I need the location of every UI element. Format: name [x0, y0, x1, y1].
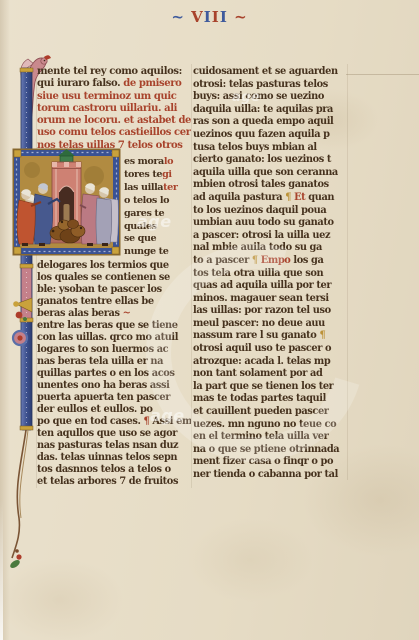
text-line: das. telas uinnas telos sepn [37, 452, 191, 464]
text-line: uezinos quu fazen aquila p [193, 129, 346, 142]
text-line: ment fizer casa o finqr o po [193, 456, 346, 469]
text-line: to a pascer ¶ Empo los ga [193, 255, 346, 268]
text-line: quales [124, 221, 190, 234]
text-line: en el termino tela uilla ver [193, 431, 346, 444]
text-line: qui iuraro falso. de pmisero [37, 78, 191, 90]
text-line: nal mbie auila todo su ga [193, 242, 346, 255]
text-column-left-beside-miniature: es moralotores tegilas uillatero telos l… [124, 156, 190, 259]
text-line: la part que se tienen los ter [193, 381, 346, 394]
text-line: ten aqullos que uso se agor [37, 428, 191, 440]
text-line: delogares los termios que [37, 260, 191, 272]
spiral-ornament [13, 331, 27, 345]
text-line: umbian auu todo su ganato [193, 217, 346, 230]
text-line: tusa telos buys mbian al [193, 142, 346, 155]
text-line: tores tegi [124, 169, 190, 182]
text-line: na o que se ptiene otrinnada [193, 444, 346, 457]
text-line: los quales se contienen se [37, 272, 191, 284]
ruling-line-horizontal [346, 74, 419, 75]
text-column-left-top: mente tel rey como aquilos:qui iuraro fa… [37, 66, 191, 152]
text-line: cuidosament et se aguarden [193, 66, 346, 79]
text-line: aquila uilla que son ceranna [193, 167, 346, 180]
text-line: ad aquila pastura ¶ Et quan [193, 192, 346, 205]
text-line: siue usu terminoz um quic [37, 91, 191, 103]
text-line: et cauillent pueden pascer [193, 406, 346, 419]
text-line: uezes. mn nguno no teue co [193, 419, 346, 432]
text-line: uso comu telos castieillos cer [37, 127, 191, 139]
text-line: orum ne locoru. et astabet de [37, 115, 191, 127]
text-line: ganatos tentre ellas be [37, 296, 191, 308]
text-line: atrozque: acada l. telas mp [193, 356, 346, 369]
manuscript-page-photo: ~ VIII ~ [0, 0, 419, 640]
text-line: non tant solament por ad [193, 368, 346, 381]
text-line: las uillater [124, 182, 190, 195]
text-line: gares te [124, 208, 190, 221]
text-line: nos telas uillas 7 telos otros [37, 140, 191, 152]
text-line: mente tel rey como aquilos: [37, 66, 191, 78]
text-line: ner tienda o cabanna por tal [193, 469, 346, 482]
photo-edge-highlight [0, 500, 3, 640]
text-line: es moralo [124, 156, 190, 169]
ruling-line-gutter [191, 64, 192, 488]
text-line: quas ad aquila uilla por ter [193, 280, 346, 293]
text-column-right: cuidosament et se aguardenotrosi: telas … [193, 66, 346, 482]
text-column-left-bottom: delogares los termios quelos quales se c… [37, 260, 191, 488]
text-line: con las uillas. qrco mo atuil [37, 332, 191, 344]
text-line: nassum rare l su ganato ¶ [193, 330, 346, 343]
text-line: quillas partes o en los acos [37, 368, 191, 380]
text-line: entre las beras que se tiene [37, 320, 191, 332]
text-line: otrosi: telas pasturas telos [193, 79, 346, 92]
text-line: ras son a queda empo aquil [193, 116, 346, 129]
text-line: et telas arbores 7 de fruitos [37, 476, 191, 488]
text-line: beras alas beras ~ [37, 308, 191, 320]
text-line: ~ VIII ~ [171, 8, 247, 26]
text-line: meul pascer: no deue auu [193, 318, 346, 331]
text-line: nas beras tela uilla er na [37, 356, 191, 368]
text-line: tos tela otra uilla que son [193, 268, 346, 281]
chapter-numeral: ~ VIII ~ [0, 8, 419, 26]
text-line: buys: assi como se uezino [193, 91, 346, 104]
text-line: to los uezinos daquil poua [193, 205, 346, 218]
text-line: o telos lo [124, 195, 190, 208]
text-line: nas pasturas telas nsan duz [37, 440, 191, 452]
text-line: daquila uilla: te aquilas pra [193, 104, 346, 117]
text-line: torum castroru uillariu. ali [37, 103, 191, 115]
text-line: ble: ysoban te pascer los [37, 284, 191, 296]
text-line: tos dasnnos telos a telos o [37, 464, 191, 476]
text-line: las uillas: por razon tel uso [193, 305, 346, 318]
text-line: unentes ono ha beras assi [37, 380, 191, 392]
text-line: mas te todas partes taquil [193, 393, 346, 406]
text-line: mbien otrosi tales ganatos [193, 179, 346, 192]
miniature-illustration [12, 148, 121, 256]
text-line: puerta apuerta ten pascer [37, 392, 191, 404]
text-line: se que [124, 233, 190, 246]
text-line: cierto ganato: los uezinos t [193, 154, 346, 167]
text-line: nunge te [124, 246, 190, 259]
text-line: logares to son luermos ac [37, 344, 191, 356]
text-line: der eullos et eullos. po [37, 404, 191, 416]
text-line: a pascer: otrosi la uilla uez [193, 230, 346, 243]
tail-flourish [9, 430, 28, 570]
text-line: otrosi aquil uso te pascer o [193, 343, 346, 356]
text-line: minos. magauer sean tersi [193, 293, 346, 306]
ruling-line-right [347, 64, 348, 480]
text-line: po que en tod cases. ¶ Assi em [37, 416, 191, 428]
